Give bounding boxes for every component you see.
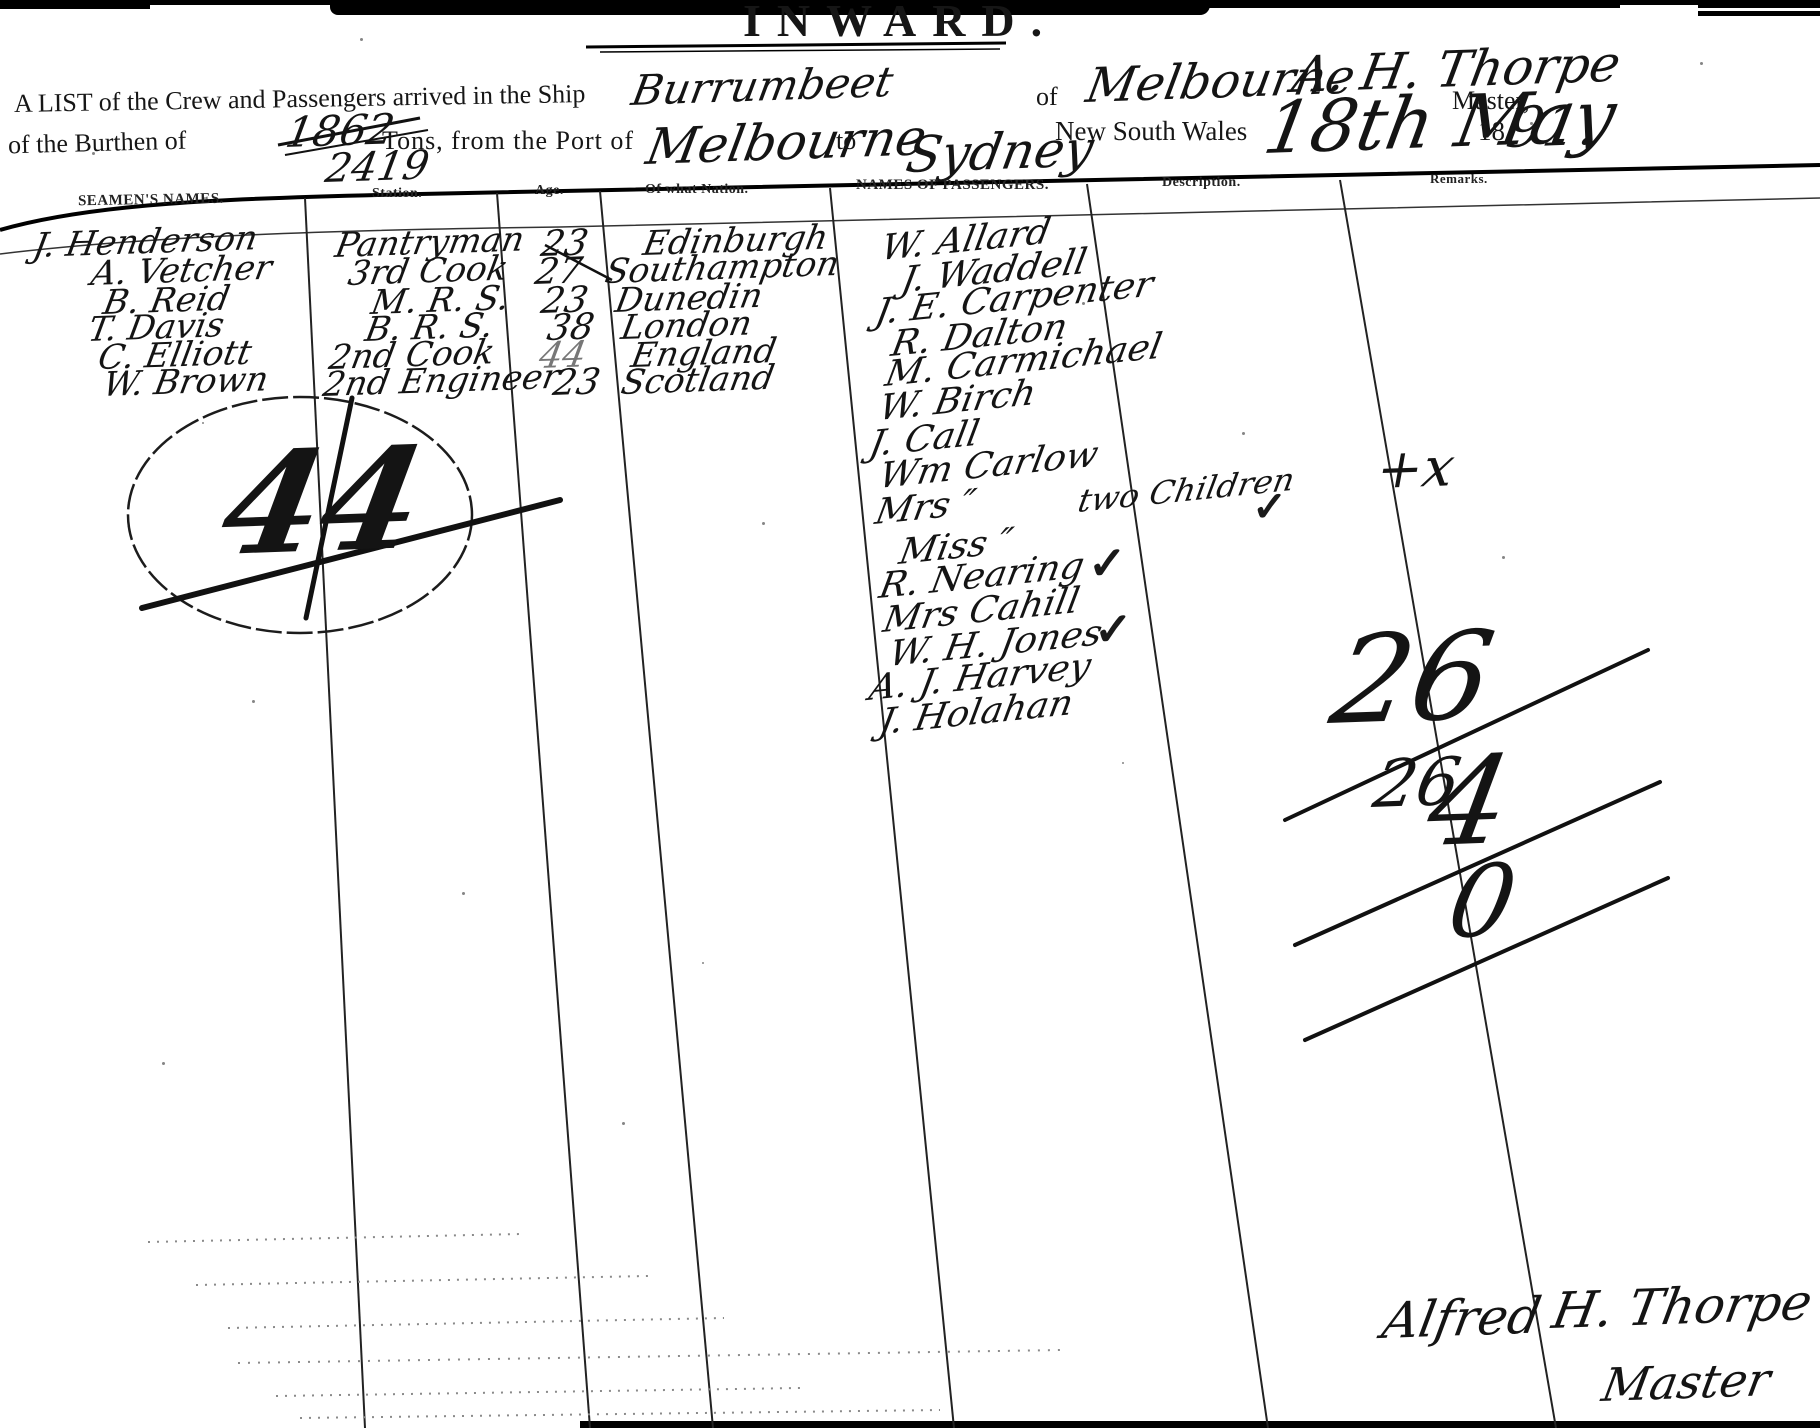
header-seamens-names: SEAMEN'S NAMES. [78, 191, 224, 211]
signature-role: Master [1598, 1352, 1775, 1412]
checkmark-icon: ✓ [1252, 482, 1287, 532]
scan-speckle [622, 1122, 625, 1125]
form-colony-label: New South Wales [1055, 116, 1247, 147]
scan-speckle [462, 892, 465, 895]
header-remarks: Remarks. [1430, 171, 1488, 187]
scan-speckle [762, 522, 765, 525]
signature-first-name: Alfred [1378, 1287, 1545, 1350]
header-names-of-passengers: NAMES OF PASSENGERS. [856, 177, 1049, 194]
crew-age: 23 [550, 361, 603, 404]
scan-speckle [92, 152, 95, 155]
header-description: Description. [1162, 175, 1241, 191]
scan-speckle [1082, 302, 1085, 305]
form-tons-label: Tons, from the Port of [382, 126, 634, 156]
tally-figure: 26 [1322, 605, 1504, 752]
scan-speckle [1242, 432, 1245, 435]
signature-last-name: H. Thorpe [1548, 1273, 1817, 1340]
scan-speckle [360, 38, 363, 41]
scan-speckle [162, 1062, 165, 1065]
port-from-handwritten: Melbourne [642, 108, 931, 176]
header-station: Station. [372, 186, 422, 202]
scan-speckle [202, 422, 204, 424]
crew-total-annotation: 44 [210, 417, 435, 588]
scan-speckle [1530, 122, 1533, 125]
crew-name: W. Brown [100, 359, 272, 405]
cross-mark-icon: +x [1372, 435, 1459, 501]
year-printed: 18 [1478, 116, 1505, 147]
checkmark-icon: ✓ [1094, 602, 1133, 656]
ship-name-handwritten: Burrumbeet [628, 57, 897, 115]
scan-speckle [252, 700, 255, 703]
form-burthen-label: of the Burthen of [8, 126, 187, 161]
header-of-what-nation: Of what Nation. [645, 182, 749, 198]
scan-speckle [702, 962, 704, 964]
form-of-label: of [1036, 82, 1058, 112]
scan-speckle [1502, 556, 1505, 559]
scan-speckle [1122, 762, 1124, 764]
scan-speckle [1700, 62, 1703, 65]
crew-station: 2nd Engineer [320, 357, 563, 405]
year-handwritten: 91. [1502, 93, 1603, 161]
page-title: INWARD. [743, 0, 1058, 47]
checkmark-icon: ✓ [1088, 536, 1127, 590]
form-to-label: to [836, 126, 856, 156]
header-age: Age. [535, 183, 564, 199]
scanned-crew-list-page: INWARD. A LIST of the Crew and Passenger… [0, 0, 1820, 1428]
crew-nation: Scotland [618, 358, 777, 403]
